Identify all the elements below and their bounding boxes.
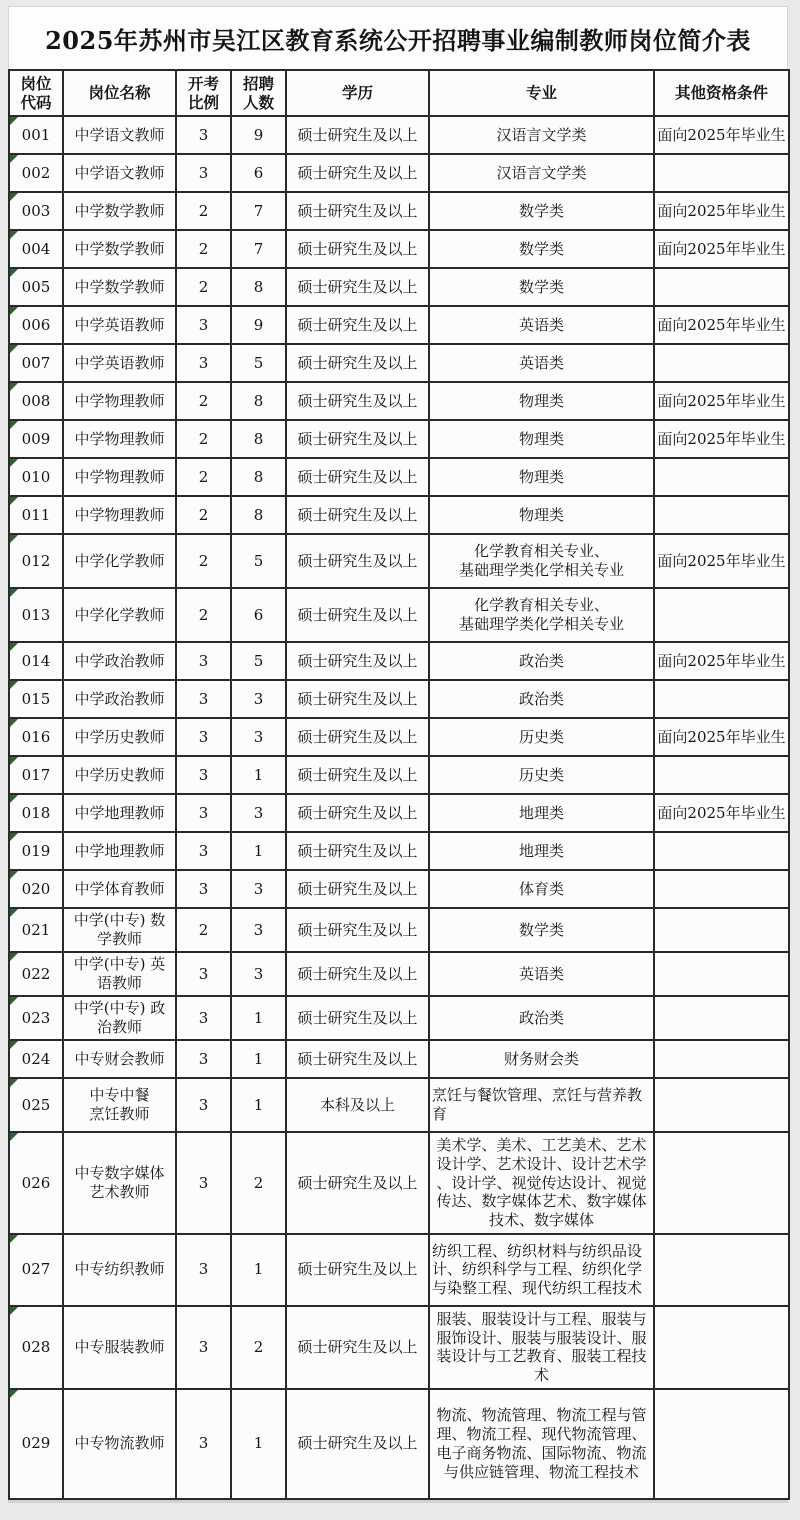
cell-education: 本科及以上: [286, 1078, 429, 1132]
cell-major: 数学类: [429, 192, 654, 230]
cell-recruit-count: 1: [231, 1389, 286, 1499]
position-code-text: 012: [22, 552, 51, 570]
excel-error-marker-icon: [10, 1041, 18, 1049]
cell-position-name: 中专财会教师: [63, 1040, 176, 1078]
cell-education: 硕士研究生及以上: [286, 1234, 429, 1306]
cell-recruit-count: 8: [231, 382, 286, 420]
cell-position-name: 中学语文教师: [63, 116, 176, 154]
cell-other-qualification: 面向2025年毕业生: [654, 230, 789, 268]
cell-other-qualification: [654, 1078, 789, 1132]
table-row: 006 中学英语教师 3 9 硕士研究生及以上 英语类 面向2025年毕业生: [9, 306, 789, 344]
cell-position-code: 004: [9, 230, 63, 268]
position-code-text: 006: [22, 316, 51, 334]
table-row: 019 中学地理教师 3 1 硕士研究生及以上 地理类: [9, 832, 789, 870]
cell-recruit-count: 3: [231, 794, 286, 832]
cell-position-code: 021: [9, 908, 63, 952]
cell-exam-ratio: 3: [176, 1389, 231, 1499]
cell-other-qualification: [654, 1132, 789, 1234]
cell-position-code: 018: [9, 794, 63, 832]
cell-other-qualification: 面向2025年毕业生: [654, 794, 789, 832]
cell-position-name: 中学化学教师: [63, 534, 176, 588]
cell-other-qualification: 面向2025年毕业生: [654, 306, 789, 344]
excel-error-marker-icon: [10, 155, 18, 163]
position-code-text: 020: [22, 880, 51, 898]
table-row: 015 中学政治教师 3 3 硕士研究生及以上 政治类: [9, 680, 789, 718]
cell-other-qualification: [654, 344, 789, 382]
cell-major: 化学教育相关专业、 基础理学类化学相关专业: [429, 534, 654, 588]
cell-other-qualification: 面向2025年毕业生: [654, 116, 789, 154]
position-code-text: 010: [22, 468, 51, 486]
cell-position-code: 015: [9, 680, 63, 718]
cell-other-qualification: 面向2025年毕业生: [654, 642, 789, 680]
cell-position-name: 中专纺织教师: [63, 1234, 176, 1306]
cell-position-code: 025: [9, 1078, 63, 1132]
cell-position-code: 010: [9, 458, 63, 496]
table-row: 020 中学体育教师 3 3 硕士研究生及以上 体育类: [9, 870, 789, 908]
table-row: 018 中学地理教师 3 3 硕士研究生及以上 地理类 面向2025年毕业生: [9, 794, 789, 832]
cell-position-code: 014: [9, 642, 63, 680]
cell-position-name: 中学政治教师: [63, 642, 176, 680]
cell-position-name: 中学(中专) 政 治教师: [63, 996, 176, 1040]
cell-major: 政治类: [429, 680, 654, 718]
table-row: 001 中学语文教师 3 9 硕士研究生及以上 汉语言文学类 面向2025年毕业…: [9, 116, 789, 154]
cell-recruit-count: 3: [231, 718, 286, 756]
cell-recruit-count: 8: [231, 458, 286, 496]
position-code-text: 017: [22, 766, 51, 784]
cell-recruit-count: 2: [231, 1306, 286, 1389]
cell-recruit-count: 5: [231, 344, 286, 382]
cell-exam-ratio: 3: [176, 794, 231, 832]
cell-position-name: 中学英语教师: [63, 344, 176, 382]
cell-major: 汉语言文学类: [429, 116, 654, 154]
cell-education: 硕士研究生及以上: [286, 154, 429, 192]
position-code-text: 025: [22, 1096, 51, 1114]
cell-major: 物理类: [429, 382, 654, 420]
cell-position-code: 017: [9, 756, 63, 794]
cell-exam-ratio: 3: [176, 344, 231, 382]
cell-position-code: 011: [9, 496, 63, 534]
cell-recruit-count: 3: [231, 870, 286, 908]
cell-recruit-count: 5: [231, 642, 286, 680]
cell-exam-ratio: 2: [176, 192, 231, 230]
cell-recruit-count: 3: [231, 952, 286, 996]
cell-major: 历史类: [429, 718, 654, 756]
cell-major: 纺织工程、纺织材料与纺织品设 计、纺织科学与工程、纺织化学 与染整工程、现代纺织…: [429, 1234, 654, 1306]
cell-other-qualification: 面向2025年毕业生: [654, 382, 789, 420]
cell-position-code: 027: [9, 1234, 63, 1306]
table-row: 029 中专物流教师 3 1 硕士研究生及以上 物流、物流管理、物流工程与管 理…: [9, 1389, 789, 1499]
cell-exam-ratio: 3: [176, 1132, 231, 1234]
cell-exam-ratio: 3: [176, 832, 231, 870]
cell-position-name: 中学物理教师: [63, 382, 176, 420]
cell-recruit-count: 3: [231, 680, 286, 718]
cell-position-code: 019: [9, 832, 63, 870]
cell-exam-ratio: 3: [176, 1040, 231, 1078]
header-recruit-count: 招聘 人数: [231, 70, 286, 116]
table-row: 002 中学语文教师 3 6 硕士研究生及以上 汉语言文学类: [9, 154, 789, 192]
excel-error-marker-icon: [10, 909, 18, 917]
cell-education: 硕士研究生及以上: [286, 832, 429, 870]
cell-major: 地理类: [429, 794, 654, 832]
position-code-text: 003: [22, 202, 51, 220]
excel-error-marker-icon: [10, 497, 18, 505]
cell-education: 硕士研究生及以上: [286, 1306, 429, 1389]
excel-error-marker-icon: [10, 269, 18, 277]
excel-error-marker-icon: [10, 535, 18, 543]
table-body: 001 中学语文教师 3 9 硕士研究生及以上 汉语言文学类 面向2025年毕业…: [9, 116, 789, 1499]
cell-position-name: 中学物理教师: [63, 458, 176, 496]
excel-error-marker-icon: [10, 1235, 18, 1243]
excel-error-marker-icon: [10, 117, 18, 125]
cell-recruit-count: 6: [231, 588, 286, 642]
header-position-code: 岗位 代码: [9, 70, 63, 116]
cell-education: 硕士研究生及以上: [286, 870, 429, 908]
cell-other-qualification: 面向2025年毕业生: [654, 534, 789, 588]
cell-recruit-count: 8: [231, 420, 286, 458]
cell-major: 财务财会类: [429, 1040, 654, 1078]
cell-major: 物理类: [429, 420, 654, 458]
excel-error-marker-icon: [10, 1307, 18, 1315]
cell-exam-ratio: 2: [176, 230, 231, 268]
cell-exam-ratio: 3: [176, 1306, 231, 1389]
cell-recruit-count: 7: [231, 192, 286, 230]
cell-other-qualification: [654, 1389, 789, 1499]
header-position-name: 岗位名称: [63, 70, 176, 116]
cell-recruit-count: 1: [231, 832, 286, 870]
cell-education: 硕士研究生及以上: [286, 642, 429, 680]
cell-exam-ratio: 2: [176, 534, 231, 588]
cell-major: 物理类: [429, 458, 654, 496]
cell-education: 硕士研究生及以上: [286, 344, 429, 382]
position-code-text: 028: [22, 1338, 51, 1356]
table-row: 008 中学物理教师 2 8 硕士研究生及以上 物理类 面向2025年毕业生: [9, 382, 789, 420]
cell-recruit-count: 1: [231, 756, 286, 794]
cell-position-name: 中专服装教师: [63, 1306, 176, 1389]
position-code-text: 001: [22, 126, 51, 144]
cell-position-name: 中专数字媒体 艺术教师: [63, 1132, 176, 1234]
cell-education: 硕士研究生及以上: [286, 1132, 429, 1234]
table-row: 025 中专中餐 烹饪教师 3 1 本科及以上 烹饪与餐饮管理、烹饪与营养教 育: [9, 1078, 789, 1132]
cell-recruit-count: 6: [231, 154, 286, 192]
cell-major: 物流、物流管理、物流工程与管 理、物流工程、现代物流管理、 电子商务物流、国际物…: [429, 1389, 654, 1499]
cell-recruit-count: 3: [231, 908, 286, 952]
position-code-text: 005: [22, 278, 51, 296]
table-row: 021 中学(中专) 数 学教师 2 3 硕士研究生及以上 数学类: [9, 908, 789, 952]
cell-education: 硕士研究生及以上: [286, 496, 429, 534]
position-code-text: 009: [22, 430, 51, 448]
cell-major: 物理类: [429, 496, 654, 534]
cell-exam-ratio: 2: [176, 268, 231, 306]
excel-error-marker-icon: [10, 193, 18, 201]
cell-education: 硕士研究生及以上: [286, 794, 429, 832]
cell-recruit-count: 1: [231, 1040, 286, 1078]
table-row: 027 中专纺织教师 3 1 硕士研究生及以上 纺织工程、纺织材料与纺织品设 计…: [9, 1234, 789, 1306]
cell-education: 硕士研究生及以上: [286, 230, 429, 268]
cell-position-name: 中专物流教师: [63, 1389, 176, 1499]
table-row: 017 中学历史教师 3 1 硕士研究生及以上 历史类: [9, 756, 789, 794]
cell-education: 硕士研究生及以上: [286, 680, 429, 718]
positions-table: 岗位 代码 岗位名称 开考 比例 招聘 人数 学历 专业 其他资格条件 001 …: [8, 69, 790, 1500]
header-education: 学历: [286, 70, 429, 116]
cell-education: 硕士研究生及以上: [286, 268, 429, 306]
excel-error-marker-icon: [10, 1079, 18, 1087]
position-code-text: 027: [22, 1260, 51, 1278]
cell-major: 地理类: [429, 832, 654, 870]
table-row: 022 中学(中专) 英 语教师 3 3 硕士研究生及以上 英语类: [9, 952, 789, 996]
position-code-text: 026: [22, 1174, 51, 1192]
cell-position-name: 中学物理教师: [63, 496, 176, 534]
cell-position-name: 中学(中专) 数 学教师: [63, 908, 176, 952]
table-header: 岗位 代码 岗位名称 开考 比例 招聘 人数 学历 专业 其他资格条件: [9, 70, 789, 116]
cell-major: 化学教育相关专业、 基础理学类化学相关专业: [429, 588, 654, 642]
cell-position-code: 002: [9, 154, 63, 192]
cell-exam-ratio: 2: [176, 588, 231, 642]
cell-exam-ratio: 3: [176, 680, 231, 718]
cell-major: 服装、服装设计与工程、服装与 服饰设计、服装与服装设计、服 装设计与工艺教育、服…: [429, 1306, 654, 1389]
cell-education: 硕士研究生及以上: [286, 458, 429, 496]
cell-other-qualification: [654, 268, 789, 306]
cell-position-name: 中学化学教师: [63, 588, 176, 642]
cell-position-code: 029: [9, 1389, 63, 1499]
cell-other-qualification: [654, 870, 789, 908]
excel-error-marker-icon: [10, 459, 18, 467]
cell-recruit-count: 9: [231, 306, 286, 344]
cell-position-name: 中学(中专) 英 语教师: [63, 952, 176, 996]
cell-position-name: 中学语文教师: [63, 154, 176, 192]
cell-other-qualification: [654, 1306, 789, 1389]
cell-position-code: 013: [9, 588, 63, 642]
position-code-text: 016: [22, 728, 51, 746]
position-code-text: 024: [22, 1050, 51, 1068]
excel-error-marker-icon: [10, 795, 18, 803]
cell-position-name: 中学地理教师: [63, 794, 176, 832]
page-title: 2025年苏州市吴江区教育系统公开招聘事业编制教师岗位简介表: [45, 21, 751, 56]
cell-recruit-count: 9: [231, 116, 286, 154]
cell-other-qualification: [654, 588, 789, 642]
cell-major: 政治类: [429, 996, 654, 1040]
cell-major: 政治类: [429, 642, 654, 680]
cell-education: 硕士研究生及以上: [286, 1389, 429, 1499]
cell-education: 硕士研究生及以上: [286, 908, 429, 952]
cell-position-name: 中学物理教师: [63, 420, 176, 458]
cell-education: 硕士研究生及以上: [286, 420, 429, 458]
header-major: 专业: [429, 70, 654, 116]
cell-major: 数学类: [429, 268, 654, 306]
position-code-text: 014: [22, 652, 51, 670]
cell-other-qualification: [654, 154, 789, 192]
cell-exam-ratio: 2: [176, 496, 231, 534]
table-row: 003 中学数学教师 2 7 硕士研究生及以上 数学类 面向2025年毕业生: [9, 192, 789, 230]
cell-education: 硕士研究生及以上: [286, 718, 429, 756]
cell-position-code: 022: [9, 952, 63, 996]
table-row: 013 中学化学教师 2 6 硕士研究生及以上 化学教育相关专业、 基础理学类化…: [9, 588, 789, 642]
cell-major: 英语类: [429, 344, 654, 382]
excel-error-marker-icon: [10, 719, 18, 727]
cell-position-code: 024: [9, 1040, 63, 1078]
header-row: 岗位 代码 岗位名称 开考 比例 招聘 人数 学历 专业 其他资格条件: [9, 70, 789, 116]
cell-position-code: 020: [9, 870, 63, 908]
excel-error-marker-icon: [10, 643, 18, 651]
position-code-text: 029: [22, 1434, 51, 1452]
cell-position-name: 中学数学教师: [63, 230, 176, 268]
cell-position-name: 中学数学教师: [63, 268, 176, 306]
cell-exam-ratio: 3: [176, 952, 231, 996]
position-code-text: 007: [22, 354, 51, 372]
table-row: 005 中学数学教师 2 8 硕士研究生及以上 数学类: [9, 268, 789, 306]
cell-other-qualification: [654, 996, 789, 1040]
position-code-text: 008: [22, 392, 51, 410]
table-row: 009 中学物理教师 2 8 硕士研究生及以上 物理类 面向2025年毕业生: [9, 420, 789, 458]
cell-major: 英语类: [429, 306, 654, 344]
cell-exam-ratio: 3: [176, 116, 231, 154]
excel-error-marker-icon: [10, 383, 18, 391]
cell-major: 历史类: [429, 756, 654, 794]
cell-other-qualification: [654, 680, 789, 718]
cell-other-qualification: [654, 496, 789, 534]
cell-education: 硕士研究生及以上: [286, 534, 429, 588]
cell-position-name: 中学英语教师: [63, 306, 176, 344]
cell-position-code: 008: [9, 382, 63, 420]
excel-error-marker-icon: [10, 833, 18, 841]
excel-error-marker-icon: [10, 345, 18, 353]
table-row: 014 中学政治教师 3 5 硕士研究生及以上 政治类 面向2025年毕业生: [9, 642, 789, 680]
table-row: 023 中学(中专) 政 治教师 3 1 硕士研究生及以上 政治类: [9, 996, 789, 1040]
cell-education: 硕士研究生及以上: [286, 952, 429, 996]
cell-exam-ratio: 2: [176, 458, 231, 496]
cell-major: 数学类: [429, 908, 654, 952]
cell-position-name: 中学历史教师: [63, 756, 176, 794]
cell-position-code: 023: [9, 996, 63, 1040]
cell-education: 硕士研究生及以上: [286, 996, 429, 1040]
excel-error-marker-icon: [10, 1390, 18, 1398]
cell-major: 英语类: [429, 952, 654, 996]
cell-exam-ratio: 3: [176, 154, 231, 192]
cell-exam-ratio: 3: [176, 870, 231, 908]
cell-major: 数学类: [429, 230, 654, 268]
cell-education: 硕士研究生及以上: [286, 192, 429, 230]
spreadsheet: 2025年苏州市吴江区教育系统公开招聘事业编制教师岗位简介表 岗位 代码 岗位名…: [8, 6, 788, 1503]
cell-recruit-count: 1: [231, 1078, 286, 1132]
cell-other-qualification: 面向2025年毕业生: [654, 420, 789, 458]
cell-major: 美术学、美术、工艺美术、艺术 设计学、艺术设计、设计艺术学 、设计学、视觉传达设…: [429, 1132, 654, 1234]
cell-education: 硕士研究生及以上: [286, 588, 429, 642]
cell-position-code: 012: [9, 534, 63, 588]
position-code-text: 004: [22, 240, 51, 258]
table-row: 010 中学物理教师 2 8 硕士研究生及以上 物理类: [9, 458, 789, 496]
cell-other-qualification: [654, 952, 789, 996]
cell-recruit-count: 7: [231, 230, 286, 268]
table-row: 011 中学物理教师 2 8 硕士研究生及以上 物理类: [9, 496, 789, 534]
cell-recruit-count: 8: [231, 268, 286, 306]
cell-exam-ratio: 3: [176, 1078, 231, 1132]
excel-error-marker-icon: [10, 589, 18, 597]
table-bottom-shadow: [8, 1500, 788, 1503]
cell-position-code: 009: [9, 420, 63, 458]
table-title-box: 2025年苏州市吴江区教育系统公开招聘事业编制教师岗位简介表: [8, 6, 788, 69]
cell-major: 汉语言文学类: [429, 154, 654, 192]
table-row: 026 中专数字媒体 艺术教师 3 2 硕士研究生及以上 美术学、美术、工艺美术…: [9, 1132, 789, 1234]
cell-education: 硕士研究生及以上: [286, 1040, 429, 1078]
cell-other-qualification: [654, 458, 789, 496]
table-row: 004 中学数学教师 2 7 硕士研究生及以上 数学类 面向2025年毕业生: [9, 230, 789, 268]
cell-position-code: 026: [9, 1132, 63, 1234]
position-code-text: 013: [22, 606, 51, 624]
cell-position-code: 006: [9, 306, 63, 344]
cell-position-code: 007: [9, 344, 63, 382]
position-code-text: 021: [22, 921, 51, 939]
cell-education: 硕士研究生及以上: [286, 382, 429, 420]
cell-recruit-count: 8: [231, 496, 286, 534]
cell-other-qualification: [654, 1040, 789, 1078]
excel-error-marker-icon: [10, 997, 18, 1005]
header-other-qualification: 其他资格条件: [654, 70, 789, 116]
excel-error-marker-icon: [10, 871, 18, 879]
position-code-text: 015: [22, 690, 51, 708]
position-code-text: 011: [22, 506, 51, 524]
cell-position-code: 005: [9, 268, 63, 306]
table-row: 028 中专服装教师 3 2 硕士研究生及以上 服装、服装设计与工程、服装与 服…: [9, 1306, 789, 1389]
position-code-text: 022: [22, 965, 51, 983]
cell-position-name: 中学政治教师: [63, 680, 176, 718]
cell-exam-ratio: 3: [176, 1234, 231, 1306]
cell-position-name: 中学体育教师: [63, 870, 176, 908]
excel-error-marker-icon: [10, 231, 18, 239]
cell-position-code: 016: [9, 718, 63, 756]
excel-error-marker-icon: [10, 953, 18, 961]
cell-recruit-count: 2: [231, 1132, 286, 1234]
excel-error-marker-icon: [10, 1133, 18, 1141]
cell-other-qualification: [654, 832, 789, 870]
header-exam-ratio: 开考 比例: [176, 70, 231, 116]
cell-position-code: 028: [9, 1306, 63, 1389]
cell-exam-ratio: 2: [176, 382, 231, 420]
table-row: 024 中专财会教师 3 1 硕士研究生及以上 财务财会类: [9, 1040, 789, 1078]
excel-error-marker-icon: [10, 757, 18, 765]
cell-position-name: 中学数学教师: [63, 192, 176, 230]
position-code-text: 019: [22, 842, 51, 860]
excel-error-marker-icon: [10, 681, 18, 689]
cell-exam-ratio: 3: [176, 642, 231, 680]
cell-position-name: 中专中餐 烹饪教师: [63, 1078, 176, 1132]
table-row: 016 中学历史教师 3 3 硕士研究生及以上 历史类 面向2025年毕业生: [9, 718, 789, 756]
cell-education: 硕士研究生及以上: [286, 756, 429, 794]
cell-major: 体育类: [429, 870, 654, 908]
cell-other-qualification: [654, 1234, 789, 1306]
cell-education: 硕士研究生及以上: [286, 116, 429, 154]
cell-other-qualification: [654, 756, 789, 794]
cell-position-name: 中学地理教师: [63, 832, 176, 870]
position-code-text: 023: [22, 1009, 51, 1027]
cell-exam-ratio: 3: [176, 718, 231, 756]
cell-other-qualification: 面向2025年毕业生: [654, 192, 789, 230]
cell-exam-ratio: 2: [176, 420, 231, 458]
cell-other-qualification: [654, 908, 789, 952]
cell-exam-ratio: 2: [176, 908, 231, 952]
position-code-text: 002: [22, 164, 51, 182]
cell-exam-ratio: 3: [176, 756, 231, 794]
cell-major: 烹饪与餐饮管理、烹饪与营养教 育: [429, 1078, 654, 1132]
excel-error-marker-icon: [10, 307, 18, 315]
cell-recruit-count: 1: [231, 996, 286, 1040]
cell-position-code: 001: [9, 116, 63, 154]
cell-other-qualification: 面向2025年毕业生: [654, 718, 789, 756]
cell-position-name: 中学历史教师: [63, 718, 176, 756]
position-code-text: 018: [22, 804, 51, 822]
cell-education: 硕士研究生及以上: [286, 306, 429, 344]
cell-exam-ratio: 3: [176, 306, 231, 344]
table-row: 007 中学英语教师 3 5 硕士研究生及以上 英语类: [9, 344, 789, 382]
cell-recruit-count: 1: [231, 1234, 286, 1306]
